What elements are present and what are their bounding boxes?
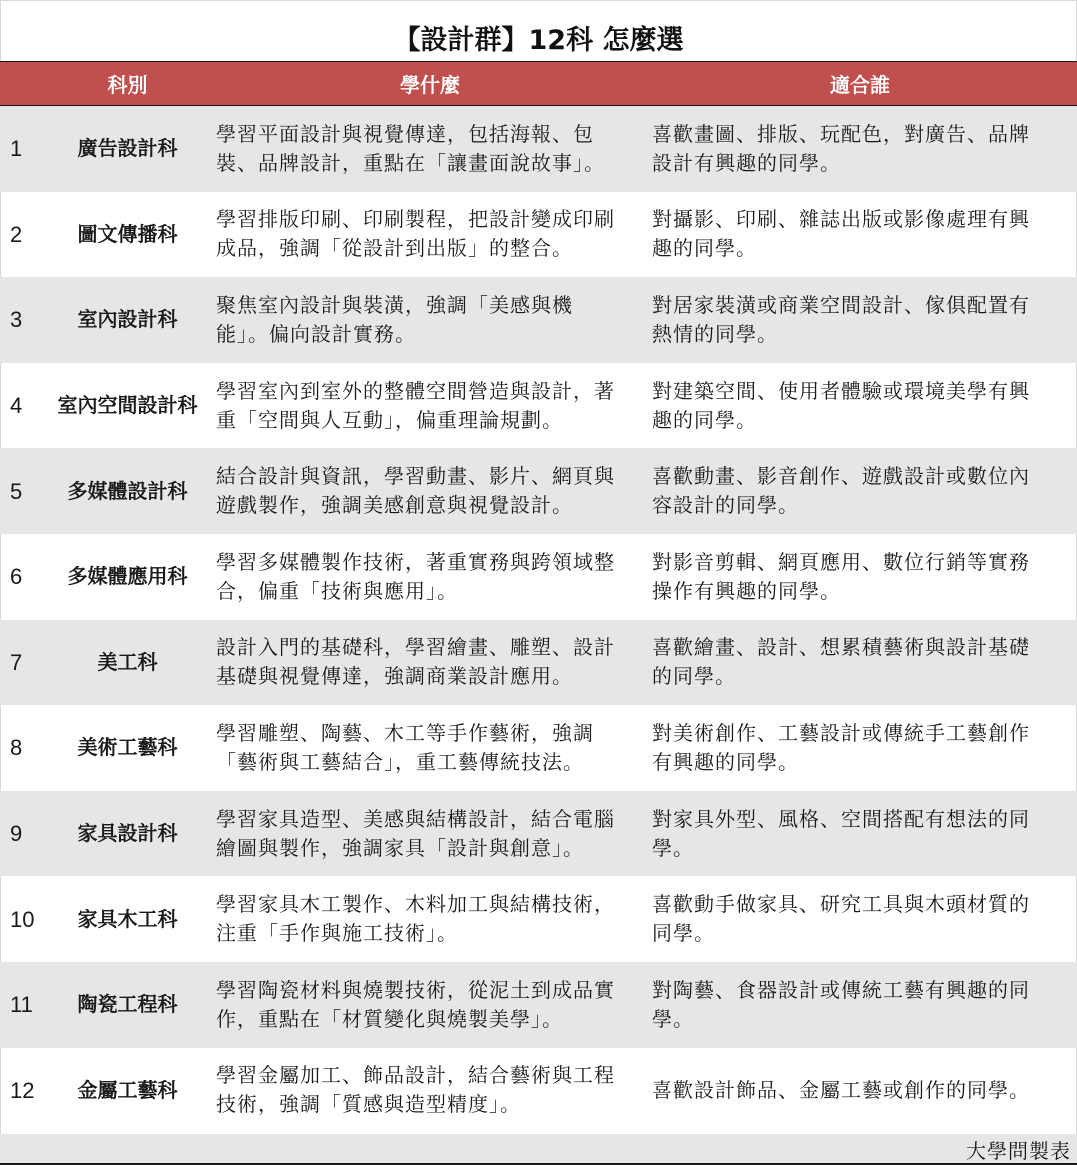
who-line: 喜歡動畫、影音創作、遊戲設計或數位內	[652, 462, 1030, 491]
table-row: 4室內空間設計科學習室內到室外的整體空間營造與設計，著重「空間與人互動」，偏重理…	[0, 363, 1077, 449]
who-description: 對美術創作、工藝設計或傳統手工藝創作有興趣的同學。	[652, 705, 1062, 791]
table-header: 科別 學什麼 適合誰	[0, 61, 1077, 106]
who-line: 對居家裝潢或商業空間設計、傢俱配置有	[652, 291, 1030, 320]
learn-line: 學習排版印刷、印刷製程，把設計變成印刷	[216, 205, 615, 234]
learn-line: 結合設計與資訊，學習動畫、影片、網頁與	[216, 462, 615, 491]
who-line: 對家具外型、風格、空間搭配有想法的同	[652, 805, 1030, 834]
learn-line: 基礎與視覺傳達，強調商業設計應用。	[216, 662, 615, 691]
who-description: 喜歡繪畫、設計、想累積藝術與設計基礎的同學。	[652, 620, 1062, 706]
who-description: 喜歡動畫、影音創作、遊戲設計或數位內容設計的同學。	[652, 448, 1062, 534]
who-line: 操作有興趣的同學。	[652, 577, 1030, 606]
who-description: 對攝影、印刷、雜誌出版或影像處理有興趣的同學。	[652, 192, 1062, 278]
department-name: 多媒體設計科	[45, 448, 210, 534]
row-number: 3	[0, 277, 45, 363]
table-row: 1廣告設計科學習平面設計與視覺傳達，包括海報、包裝、品牌設計，重點在「讓畫面說故…	[0, 106, 1077, 192]
learn-line: 裝、品牌設計，重點在「讓畫面說故事」。	[216, 149, 605, 178]
who-line: 熱情的同學。	[652, 320, 1030, 349]
row-number: 11	[0, 962, 45, 1048]
learn-description: 學習雕塑、陶藝、木工等手作藝術，強調「藝術與工藝結合」，重工藝傳統技法。	[216, 705, 644, 791]
row-number: 6	[0, 534, 45, 620]
department-name: 美工科	[45, 620, 210, 706]
learn-line: 能」。偏向設計實務。	[216, 320, 573, 349]
learn-description: 結合設計與資訊，學習動畫、影片、網頁與遊戲製作，強調美感創意與視覺設計。	[216, 448, 644, 534]
column-header-name: 科別	[45, 62, 210, 105]
table-row: 7美工科設計入門的基礎科，學習繪畫、雕塑、設計基礎與視覺傳達，強調商業設計應用。…	[0, 620, 1077, 706]
who-description: 喜歡動手做家具、研究工具與木頭材質的同學。	[652, 876, 1062, 962]
learn-line: 學習家具造型、美感與結構設計，結合電腦	[216, 805, 615, 834]
department-name: 金屬工藝科	[45, 1048, 210, 1134]
who-line: 的同學。	[652, 662, 1030, 691]
table-body: 1廣告設計科學習平面設計與視覺傳達，包括海報、包裝、品牌設計，重點在「讓畫面說故…	[0, 106, 1077, 1133]
who-line: 學。	[652, 834, 1030, 863]
learn-line: 學習陶瓷材料與燒製技術，從泥土到成品實	[216, 976, 615, 1005]
who-description: 對建築空間、使用者體驗或環境美學有興趣的同學。	[652, 363, 1062, 449]
row-number: 5	[0, 448, 45, 534]
who-description: 對居家裝潢或商業空間設計、傢俱配置有熱情的同學。	[652, 277, 1062, 363]
learn-line: 重「空間與人互動」，偏重理論規劃。	[216, 406, 615, 435]
who-line: 對攝影、印刷、雜誌出版或影像處理有興	[652, 205, 1030, 234]
learn-description: 學習排版印刷、印刷製程，把設計變成印刷成品，強調「從設計到出版」的整合。	[216, 192, 644, 278]
learn-description: 學習家具木工製作、木料加工與結構技術，注重「手作與施工技術」。	[216, 876, 644, 962]
learn-line: 遊戲製作，強調美感創意與視覺設計。	[216, 491, 615, 520]
who-line: 同學。	[652, 919, 1030, 948]
who-line: 對陶藝、食器設計或傳統工藝有興趣的同	[652, 976, 1030, 1005]
who-line: 喜歡繪畫、設計、想累積藝術與設計基礎	[652, 633, 1030, 662]
who-line: 設計有興趣的同學。	[652, 149, 1030, 178]
learn-line: 學習多媒體製作技術，著重實務與跨領域整	[216, 548, 615, 577]
learn-line: 學習家具木工製作、木料加工與結構技術，	[216, 890, 615, 919]
who-line: 對影音剪輯、網頁應用、數位行銷等實務	[652, 548, 1030, 577]
row-number: 9	[0, 791, 45, 877]
learn-line: 學習平面設計與視覺傳達，包括海報、包	[216, 120, 605, 149]
department-name: 圖文傳播科	[45, 192, 210, 278]
who-line: 喜歡設計飾品、金屬工藝或創作的同學。	[652, 1076, 1030, 1105]
row-number: 8	[0, 705, 45, 791]
row-number: 2	[0, 192, 45, 278]
table-row: 12金屬工藝科學習金屬加工、飾品設計，結合藝術與工程技術，強調「質感與造型精度」…	[0, 1048, 1077, 1134]
table-row: 5多媒體設計科結合設計與資訊，學習動畫、影片、網頁與遊戲製作，強調美感創意與視覺…	[0, 448, 1077, 534]
row-number: 10	[0, 876, 45, 962]
department-name: 家具木工科	[45, 876, 210, 962]
column-header-who: 適合誰	[645, 62, 1075, 105]
who-line: 喜歡畫圖、排版、玩配色，對廣告、品牌	[652, 120, 1030, 149]
learn-description: 學習家具造型、美感與結構設計，結合電腦繪圖與製作，強調家具「設計與創意」。	[216, 791, 644, 877]
credit-text: 大學問製表	[966, 1135, 1071, 1164]
who-line: 有興趣的同學。	[652, 748, 1030, 777]
learn-description: 學習平面設計與視覺傳達，包括海報、包裝、品牌設計，重點在「讓畫面說故事」。	[216, 106, 644, 192]
learn-line: 設計入門的基礎科，學習繪畫、雕塑、設計	[216, 633, 615, 662]
who-description: 喜歡設計飾品、金屬工藝或創作的同學。	[652, 1048, 1062, 1134]
table-row: 3室內設計科聚焦室內設計與裝潢，強調「美感與機能」。偏向設計實務。對居家裝潢或商…	[0, 277, 1077, 363]
who-line: 趣的同學。	[652, 234, 1030, 263]
department-name: 陶瓷工程科	[45, 962, 210, 1048]
table-row: 10家具木工科學習家具木工製作、木料加工與結構技術，注重「手作與施工技術」。喜歡…	[0, 876, 1077, 962]
department-name: 室內設計科	[45, 277, 210, 363]
learn-description: 學習金屬加工、飾品設計，結合藝術與工程技術，強調「質感與造型精度」。	[216, 1048, 644, 1134]
page-title: 【設計群】12科 怎麼選	[0, 0, 1077, 61]
column-header-learn: 學什麼	[215, 62, 645, 105]
learn-line: 注重「手作與施工技術」。	[216, 919, 615, 948]
who-line: 學。	[652, 1005, 1030, 1034]
who-line: 對建築空間、使用者體驗或環境美學有興	[652, 377, 1030, 406]
row-number: 4	[0, 363, 45, 449]
learn-line: 作，重點在「材質變化與燒製美學」。	[216, 1005, 615, 1034]
learn-description: 聚焦室內設計與裝潢，強調「美感與機能」。偏向設計實務。	[216, 277, 644, 363]
who-description: 對家具外型、風格、空間搭配有想法的同學。	[652, 791, 1062, 877]
table-row: 11陶瓷工程科學習陶瓷材料與燒製技術，從泥土到成品實作，重點在「材質變化與燒製美…	[0, 962, 1077, 1048]
learn-line: 學習室內到室外的整體空間營造與設計，著	[216, 377, 615, 406]
learn-line: 成品，強調「從設計到出版」的整合。	[216, 234, 615, 263]
department-name: 廣告設計科	[45, 106, 210, 192]
learn-line: 繪圖與製作，強調家具「設計與創意」。	[216, 834, 615, 863]
table-row: 2圖文傳播科學習排版印刷、印刷製程，把設計變成印刷成品，強調「從設計到出版」的整…	[0, 192, 1077, 278]
learn-line: 「藝術與工藝結合」，重工藝傳統技法。	[216, 748, 594, 777]
learn-line: 聚焦室內設計與裝潢，強調「美感與機	[216, 291, 573, 320]
department-name: 多媒體應用科	[45, 534, 210, 620]
row-number: 7	[0, 620, 45, 706]
who-description: 對影音剪輯、網頁應用、數位行銷等實務操作有興趣的同學。	[652, 534, 1062, 620]
learn-description: 學習多媒體製作技術，著重實務與跨領域整合，偏重「技術與應用」。	[216, 534, 644, 620]
learn-description: 學習陶瓷材料與燒製技術，從泥土到成品實作，重點在「材質變化與燒製美學」。	[216, 962, 644, 1048]
who-line: 趣的同學。	[652, 406, 1030, 435]
department-name: 美術工藝科	[45, 705, 210, 791]
learn-line: 學習金屬加工、飾品設計，結合藝術與工程	[216, 1061, 615, 1090]
row-number: 1	[0, 106, 45, 192]
table-row: 8美術工藝科學習雕塑、陶藝、木工等手作藝術，強調「藝術與工藝結合」，重工藝傳統技…	[0, 705, 1077, 791]
department-name: 家具設計科	[45, 791, 210, 877]
who-line: 對美術創作、工藝設計或傳統手工藝創作	[652, 719, 1030, 748]
department-name: 室內空間設計科	[45, 363, 210, 449]
table-row: 6多媒體應用科學習多媒體製作技術，著重實務與跨領域整合，偏重「技術與應用」。對影…	[0, 534, 1077, 620]
table-footer: 大學問製表	[0, 1134, 1077, 1165]
who-description: 喜歡畫圖、排版、玩配色，對廣告、品牌設計有興趣的同學。	[652, 106, 1062, 192]
learn-line: 技術，強調「質感與造型精度」。	[216, 1090, 615, 1119]
learn-description: 學習室內到室外的整體空間營造與設計，著重「空間與人互動」，偏重理論規劃。	[216, 363, 644, 449]
learn-line: 學習雕塑、陶藝、木工等手作藝術，強調	[216, 719, 594, 748]
who-description: 對陶藝、食器設計或傳統工藝有興趣的同學。	[652, 962, 1062, 1048]
row-number: 12	[0, 1048, 45, 1134]
learn-line: 合，偏重「技術與應用」。	[216, 577, 615, 606]
learn-description: 設計入門的基礎科，學習繪畫、雕塑、設計基礎與視覺傳達，強調商業設計應用。	[216, 620, 644, 706]
table-row: 9家具設計科學習家具造型、美感與結構設計，結合電腦繪圖與製作，強調家具「設計與創…	[0, 791, 1077, 877]
who-line: 容設計的同學。	[652, 491, 1030, 520]
who-line: 喜歡動手做家具、研究工具與木頭材質的	[652, 890, 1030, 919]
